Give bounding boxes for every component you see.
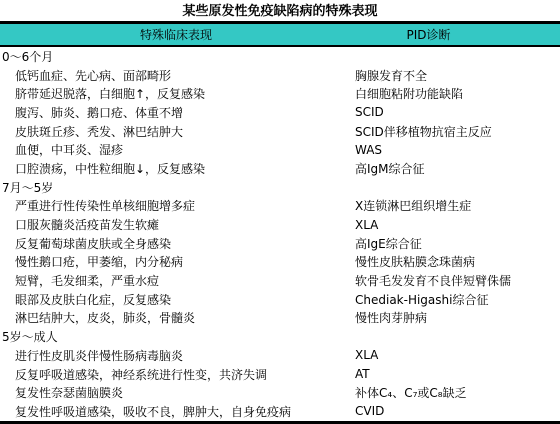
diagnosis-cell: CVID	[355, 404, 560, 418]
manifestation-cell: 口服灰髓炎活疫苗发生软瘫	[0, 216, 355, 233]
manifestation-cell: 口腔溃疡，中性粒细胞↓，反复感染	[0, 160, 355, 177]
table-row: 低钙血症、先心病、面部畸形 胸腺发育不全	[0, 66, 560, 85]
diagnosis-cell: 软骨毛发发育不良伴短臂侏儒	[355, 272, 560, 289]
table-row: 脐带延迟脱落，白细胞↑，反复感染 白细胞粘附功能缺陷	[0, 84, 560, 103]
manifestation-cell: 血便，中耳炎、湿疹	[0, 141, 355, 158]
manifestation-cell: 慢性鹅口疮，甲萎缩，内分秘病	[0, 253, 355, 270]
table-row: 口腔溃疡，中性粒细胞↓，反复感染 高IgM综合征	[0, 159, 560, 178]
manifestation-cell: 腹泻、肺炎、鹅口疮、体重不增	[0, 104, 355, 121]
diagnosis-cell: 补体C₄、C₇或C₈缺乏	[355, 384, 560, 401]
diagnosis-cell: 白细胞粘附功能缺陷	[355, 85, 560, 102]
manifestation-cell: 复发性奈瑟菌脑膜炎	[0, 384, 355, 401]
column-header-pid-diagnosis: PID诊断	[352, 26, 560, 43]
column-header-clinical-manifestation: 特殊临床表现	[0, 26, 352, 43]
table-row: 淋巴结肿大，皮炎，肺炎，骨髓炎 慢性肉芽肿病	[0, 309, 560, 328]
table-row: 皮肤斑丘疹、秃发、淋巴结肿大 SCID伴移植物抗宿主反应	[0, 122, 560, 141]
table-row: 眼部及皮肤白化症，反复感染 Chediak-Higashi综合征	[0, 290, 560, 309]
table-row: 短臂，毛发细柔，严重水痘 软骨毛发发育不良伴短臂侏儒	[0, 271, 560, 290]
diagnosis-cell: 慢性皮肤粘膜念珠菌病	[355, 253, 560, 270]
manifestation-cell: 眼部及皮肤白化症，反复感染	[0, 291, 355, 308]
manifestation-cell: 反复呼吸道感染，神经系统进行性变，共济失调	[0, 366, 355, 383]
age-group-label: 7月～5岁	[0, 179, 53, 196]
diagnosis-cell: Chediak-Higashi综合征	[355, 291, 560, 308]
diagnosis-cell: X连锁淋巴组织增生症	[355, 197, 560, 214]
table-row: 反复葡萄球菌皮肤或全身感染 高IgE综合征	[0, 234, 560, 253]
diagnosis-cell: WAS	[355, 143, 560, 157]
age-group-label: 0～6个月	[0, 48, 53, 65]
table-row: 复发性呼吸道感染，吸收不良，脾肿大，自身免疫病 CVID	[0, 402, 560, 421]
manifestation-cell: 脐带延迟脱落，白细胞↑，反复感染	[0, 85, 355, 102]
age-group-row: 5岁～成人	[0, 327, 560, 346]
diagnosis-cell: SCID	[355, 105, 560, 119]
table-row: 腹泻、肺炎、鹅口疮、体重不增 SCID	[0, 103, 560, 122]
diagnosis-cell: 高IgE综合征	[355, 235, 560, 252]
table-body: 0～6个月 低钙血症、先心病、面部畸形 胸腺发育不全 脐带延迟脱落，白细胞↑，反…	[0, 47, 560, 424]
page-title: 某些原发性免疫缺陷病的特殊表现	[0, 0, 560, 21]
diagnosis-cell: XLA	[355, 348, 560, 362]
manifestation-cell: 皮肤斑丘疹、秃发、淋巴结肿大	[0, 123, 355, 140]
diagnosis-cell: 胸腺发育不全	[355, 67, 560, 84]
table-row: 进行性皮肌炎伴慢性肠病毒脑炎 XLA	[0, 346, 560, 365]
diagnosis-cell: SCID伴移植物抗宿主反应	[355, 123, 560, 140]
table-row: 口服灰髓炎活疫苗发生软瘫 XLA	[0, 215, 560, 234]
age-group-label: 5岁～成人	[0, 328, 58, 345]
pid-special-manifestations-page: 某些原发性免疫缺陷病的特殊表现 特殊临床表现 PID诊断 0～6个月 低钙血症、…	[0, 0, 560, 424]
manifestation-cell: 低钙血症、先心病、面部畸形	[0, 67, 355, 84]
manifestation-cell: 严重进行性传染性单核细胞增多症	[0, 197, 355, 214]
diagnosis-cell: XLA	[355, 218, 560, 232]
age-group-row: 7月～5岁	[0, 178, 560, 197]
age-group-row: 0～6个月	[0, 47, 560, 66]
table-row: 血便，中耳炎、湿疹 WAS	[0, 140, 560, 159]
manifestation-cell: 短臂，毛发细柔，严重水痘	[0, 272, 355, 289]
manifestation-cell: 反复葡萄球菌皮肤或全身感染	[0, 235, 355, 252]
manifestation-cell: 淋巴结肿大，皮炎，肺炎，骨髓炎	[0, 309, 355, 326]
table-row: 严重进行性传染性单核细胞增多症 X连锁淋巴组织增生症	[0, 197, 560, 216]
manifestation-cell: 进行性皮肌炎伴慢性肠病毒脑炎	[0, 347, 355, 364]
table-row: 复发性奈瑟菌脑膜炎 补体C₄、C₇或C₈缺乏	[0, 383, 560, 402]
manifestation-cell: 复发性呼吸道感染，吸收不良，脾肿大，自身免疫病	[0, 403, 355, 420]
table-header-row: 特殊临床表现 PID诊断	[0, 21, 560, 47]
diagnosis-cell: 高IgM综合征	[355, 160, 560, 177]
table-row: 反复呼吸道感染，神经系统进行性变，共济失调 AT	[0, 365, 560, 384]
table-row: 慢性鹅口疮，甲萎缩，内分秘病 慢性皮肤粘膜念珠菌病	[0, 253, 560, 272]
diagnosis-cell: 慢性肉芽肿病	[355, 309, 560, 326]
diagnosis-cell: AT	[355, 367, 560, 381]
